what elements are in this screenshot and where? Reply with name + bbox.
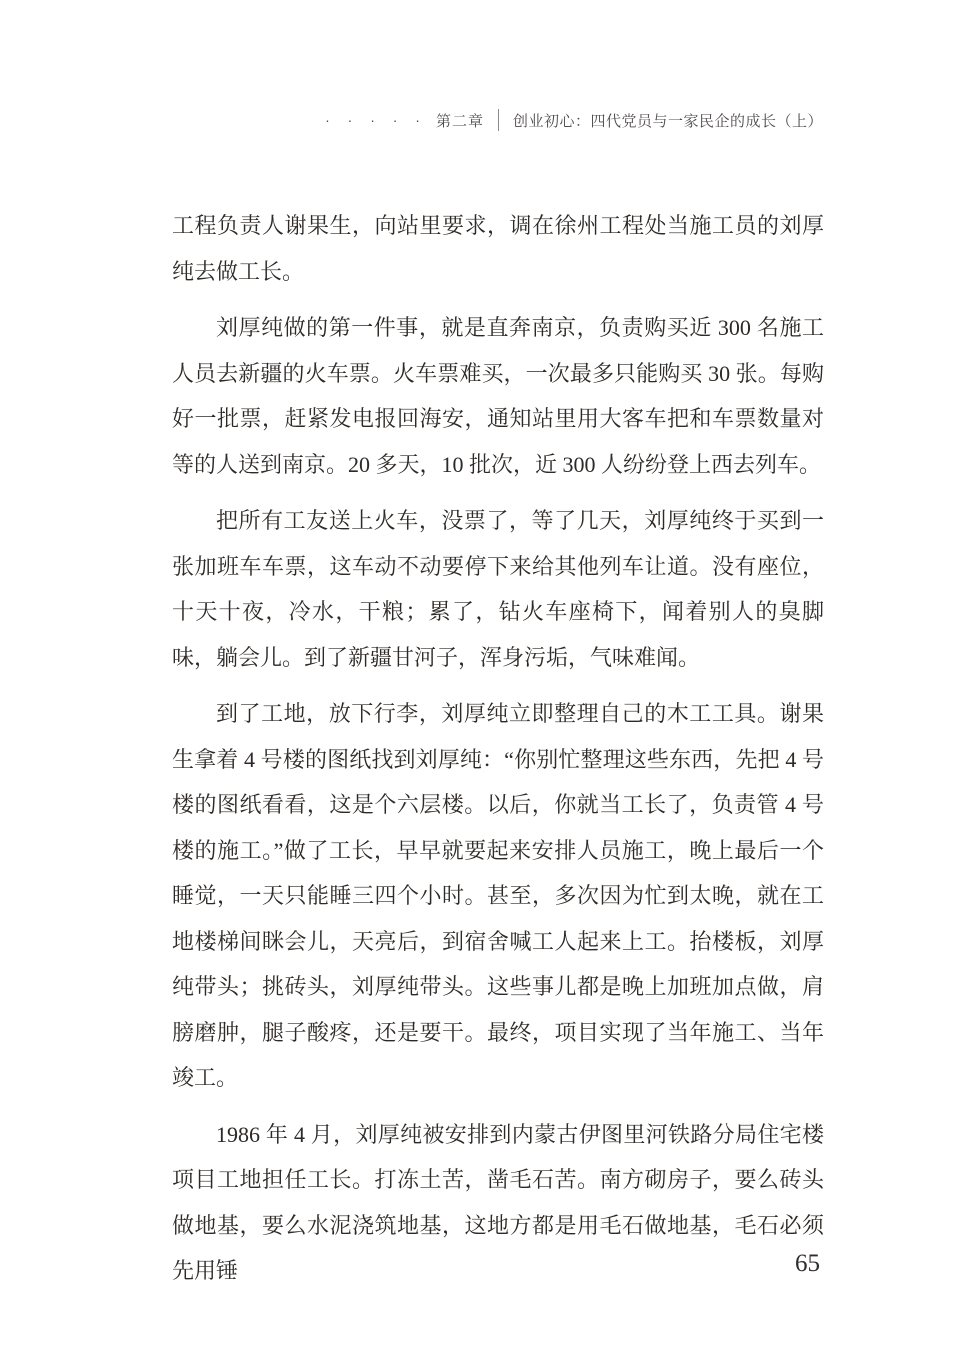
paragraph: 1986 年 4 月，刘厚纯被安排到内蒙古伊图里河铁路分局住宅楼项目工地担任工长… <box>172 1112 824 1294</box>
page-body: 工程负责人谢果生，向站里要求，调在徐州工程处当施工员的刘厚纯去做工长。 刘厚纯做… <box>172 203 824 1305</box>
page-number: 65 <box>795 1250 820 1278</box>
header-dots-ornament: · · · · · <box>325 112 427 128</box>
paragraph: 到了工地，放下行李，刘厚纯立即整理自己的木工工具。谢果生拿着 4 号楼的图纸找到… <box>172 691 824 1101</box>
header-divider <box>498 109 499 131</box>
paragraph-continuation: 工程负责人谢果生，向站里要求，调在徐州工程处当施工员的刘厚纯去做工长。 <box>172 203 824 294</box>
running-head: · · · · · 第二章 创业初心：四代党员与一家民企的成长（上） <box>325 109 823 131</box>
paragraph: 把所有工友送上火车，没票了，等了几天，刘厚纯终于买到一张加班车车票，这车动不动要… <box>172 498 824 680</box>
chapter-number-label: 第二章 <box>436 110 484 131</box>
book-page: · · · · · 第二章 创业初心：四代党员与一家民企的成长（上） 工程负责人… <box>0 0 964 1361</box>
chapter-title: 创业初心：四代党员与一家民企的成长（上） <box>513 110 823 131</box>
paragraph: 刘厚纯做的第一件事，就是直奔南京，负责购买近 300 名施工人员去新疆的火车票。… <box>172 305 824 487</box>
